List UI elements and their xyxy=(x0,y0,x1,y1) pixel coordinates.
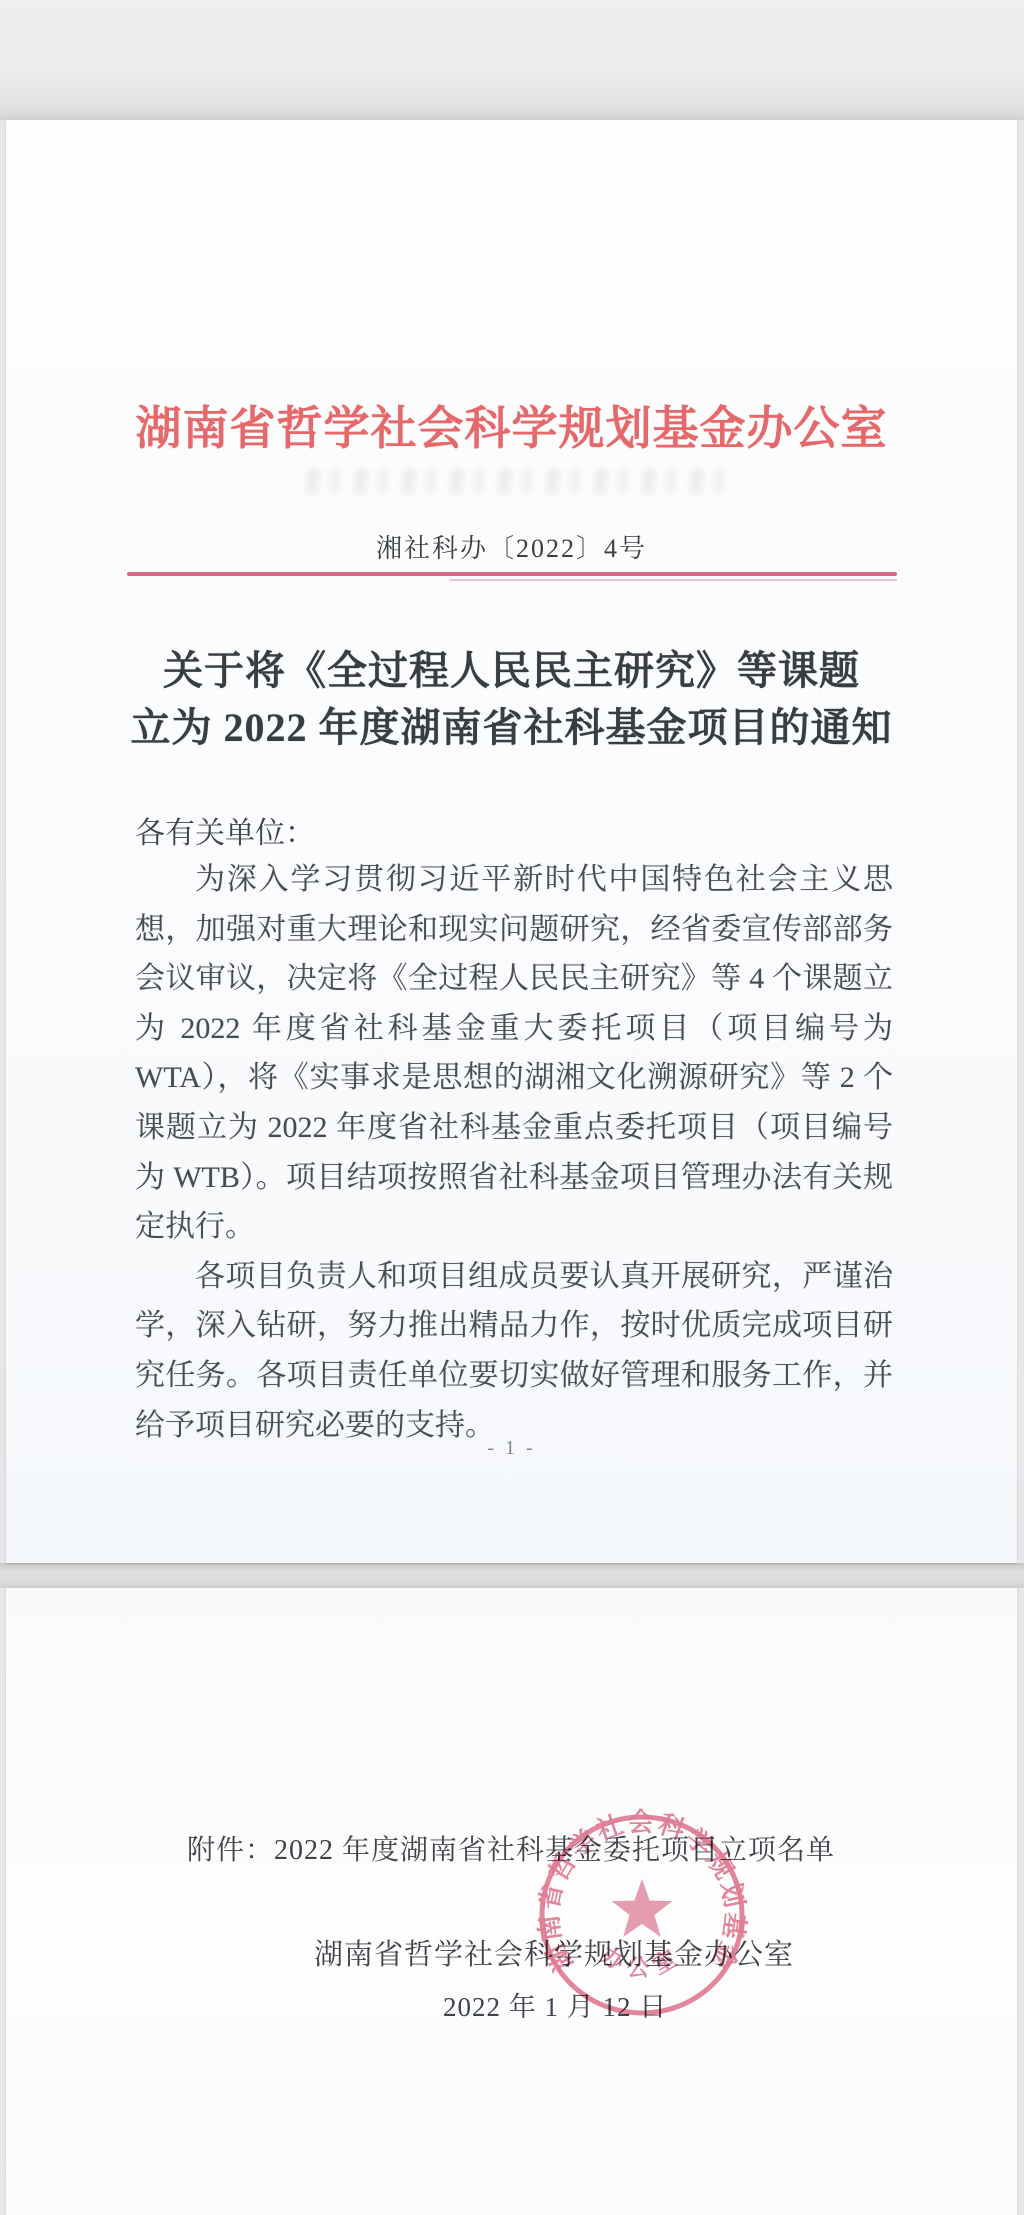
document-title-line-1: 关于将《全过程人民民主研究》等课题 xyxy=(6,642,1017,699)
svg-text:办公室: 办公室 xyxy=(596,1941,687,1980)
seal-star-icon xyxy=(612,1879,673,1937)
seal-bottom-text: 办公室 xyxy=(596,1941,687,1980)
red-divider-rule xyxy=(127,572,897,576)
document-page-1: 湖南省哲学社会科学规划基金办公室 湘社科办〔2022〕4号 关于将《全过程人民民… xyxy=(6,120,1017,1563)
page-number: - 1 - xyxy=(6,1437,1017,1460)
scanner-background-top xyxy=(0,0,1024,120)
letterhead-title: 湖南省哲学社会科学规划基金办公室 xyxy=(6,392,1017,458)
salutation: 各有关单位： xyxy=(135,808,315,852)
document-body: 为深入学习贯彻习近平新时代中国特色社会主义思想，加强对重大理论和现实问题研究，经… xyxy=(135,855,893,1450)
body-paragraph-1: 为深入学习贯彻习近平新时代中国特色社会主义思想，加强对重大理论和现实问题研究，经… xyxy=(135,855,893,1252)
ink-bleed-ghost xyxy=(305,468,737,494)
scanned-document-viewer: 湖南省哲学社会科学规划基金办公室 湘社科办〔2022〕4号 关于将《全过程人民民… xyxy=(0,0,1024,2215)
document-number: 湘社科办〔2022〕4号 xyxy=(6,528,1017,565)
document-title: 关于将《全过程人民民主研究》等课题 立为 2022 年度湖南省社科基金项目的通知 xyxy=(6,642,1017,756)
page-gap-band xyxy=(0,1563,1024,1588)
official-seal-graphic: 湖南省哲学社会科学规划基金 办公室 xyxy=(532,1805,752,2025)
official-seal: 湖南省哲学社会科学规划基金 办公室 xyxy=(532,1805,752,2025)
document-page-2: 附件：2022 年度湖南省社科基金委托项目立项名单 湖南省哲学社会科学规划基金办… xyxy=(6,1588,1017,2215)
body-paragraph-2: 各项目负责人和项目组成员要认真开展研究，严谨治学，深入钻研，努力推出精品力作，按… xyxy=(135,1252,893,1450)
document-title-line-2: 立为 2022 年度湖南省社科基金项目的通知 xyxy=(6,699,1017,756)
